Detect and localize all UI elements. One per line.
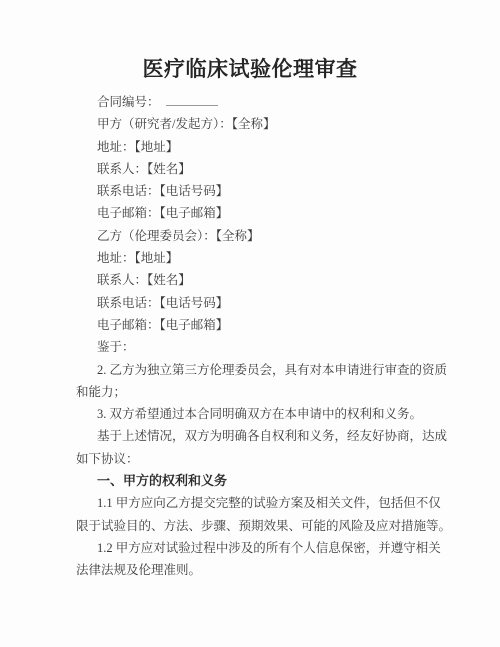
party-b-line: 乙方（伦理委员会）：【全称】	[76, 225, 430, 247]
preamble-line-2: 如下协议：	[76, 448, 430, 470]
party-b-phone-line: 联系电话：【电话号码】	[76, 292, 430, 314]
preamble-line-1: 基于上述情况，双方为明确各自权利和义务，经友好协商，达成	[76, 425, 430, 447]
whereas-line: 鉴于：	[76, 336, 430, 358]
party-a-email-line: 电子邮箱：【电子邮箱】	[76, 202, 430, 224]
recital-2-line-1: 2. 乙方为独立第三方伦理委员会，具有对本申请进行审查的资质	[76, 359, 430, 381]
document-body: 合同编号： 甲方（研究者/发起方）：【全称】 地址：【地址】 联系人：【姓名】 …	[76, 91, 430, 582]
document-page: 医疗临床试验伦理审查 合同编号： 甲方（研究者/发起方）：【全称】 地址：【地址…	[0, 0, 500, 647]
party-b-address-line: 地址：【地址】	[76, 247, 430, 269]
party-b-email-line: 电子邮箱：【电子邮箱】	[76, 314, 430, 336]
section-1-heading: 一、甲方的权利和义务	[76, 470, 430, 492]
party-a-contact-line: 联系人：【姓名】	[76, 158, 430, 180]
party-a-phone-line: 联系电话：【电话号码】	[76, 180, 430, 202]
document-title: 医疗临床试验伦理审查	[0, 0, 500, 84]
recital-2-line-2: 和能力；	[76, 381, 430, 403]
contract-number-line: 合同编号：	[76, 91, 430, 113]
party-a-line: 甲方（研究者/发起方）：【全称】	[76, 113, 430, 135]
clause-1-1-line-2: 限于试验目的、方法、步骤、预期效果、可能的风险及应对措施等。	[76, 515, 430, 537]
party-b-contact-line: 联系人：【姓名】	[76, 269, 430, 291]
recital-3-line: 3. 双方希望通过本合同明确双方在本申请中的权利和义务。	[76, 403, 430, 425]
clause-1-1-line-1: 1.1 甲方应向乙方提交完整的试验方案及相关文件，包括但不仅	[76, 492, 430, 514]
contract-number-label: 合同编号：	[97, 95, 160, 109]
party-a-address-line: 地址：【地址】	[76, 136, 430, 158]
contract-number-blank	[166, 94, 218, 106]
clause-1-2-line-1: 1.2 甲方应对试验过程中涉及的所有个人信息保密，并遵守相关	[76, 537, 430, 559]
clause-1-2-line-2: 法律法规及伦理准则。	[76, 559, 430, 581]
